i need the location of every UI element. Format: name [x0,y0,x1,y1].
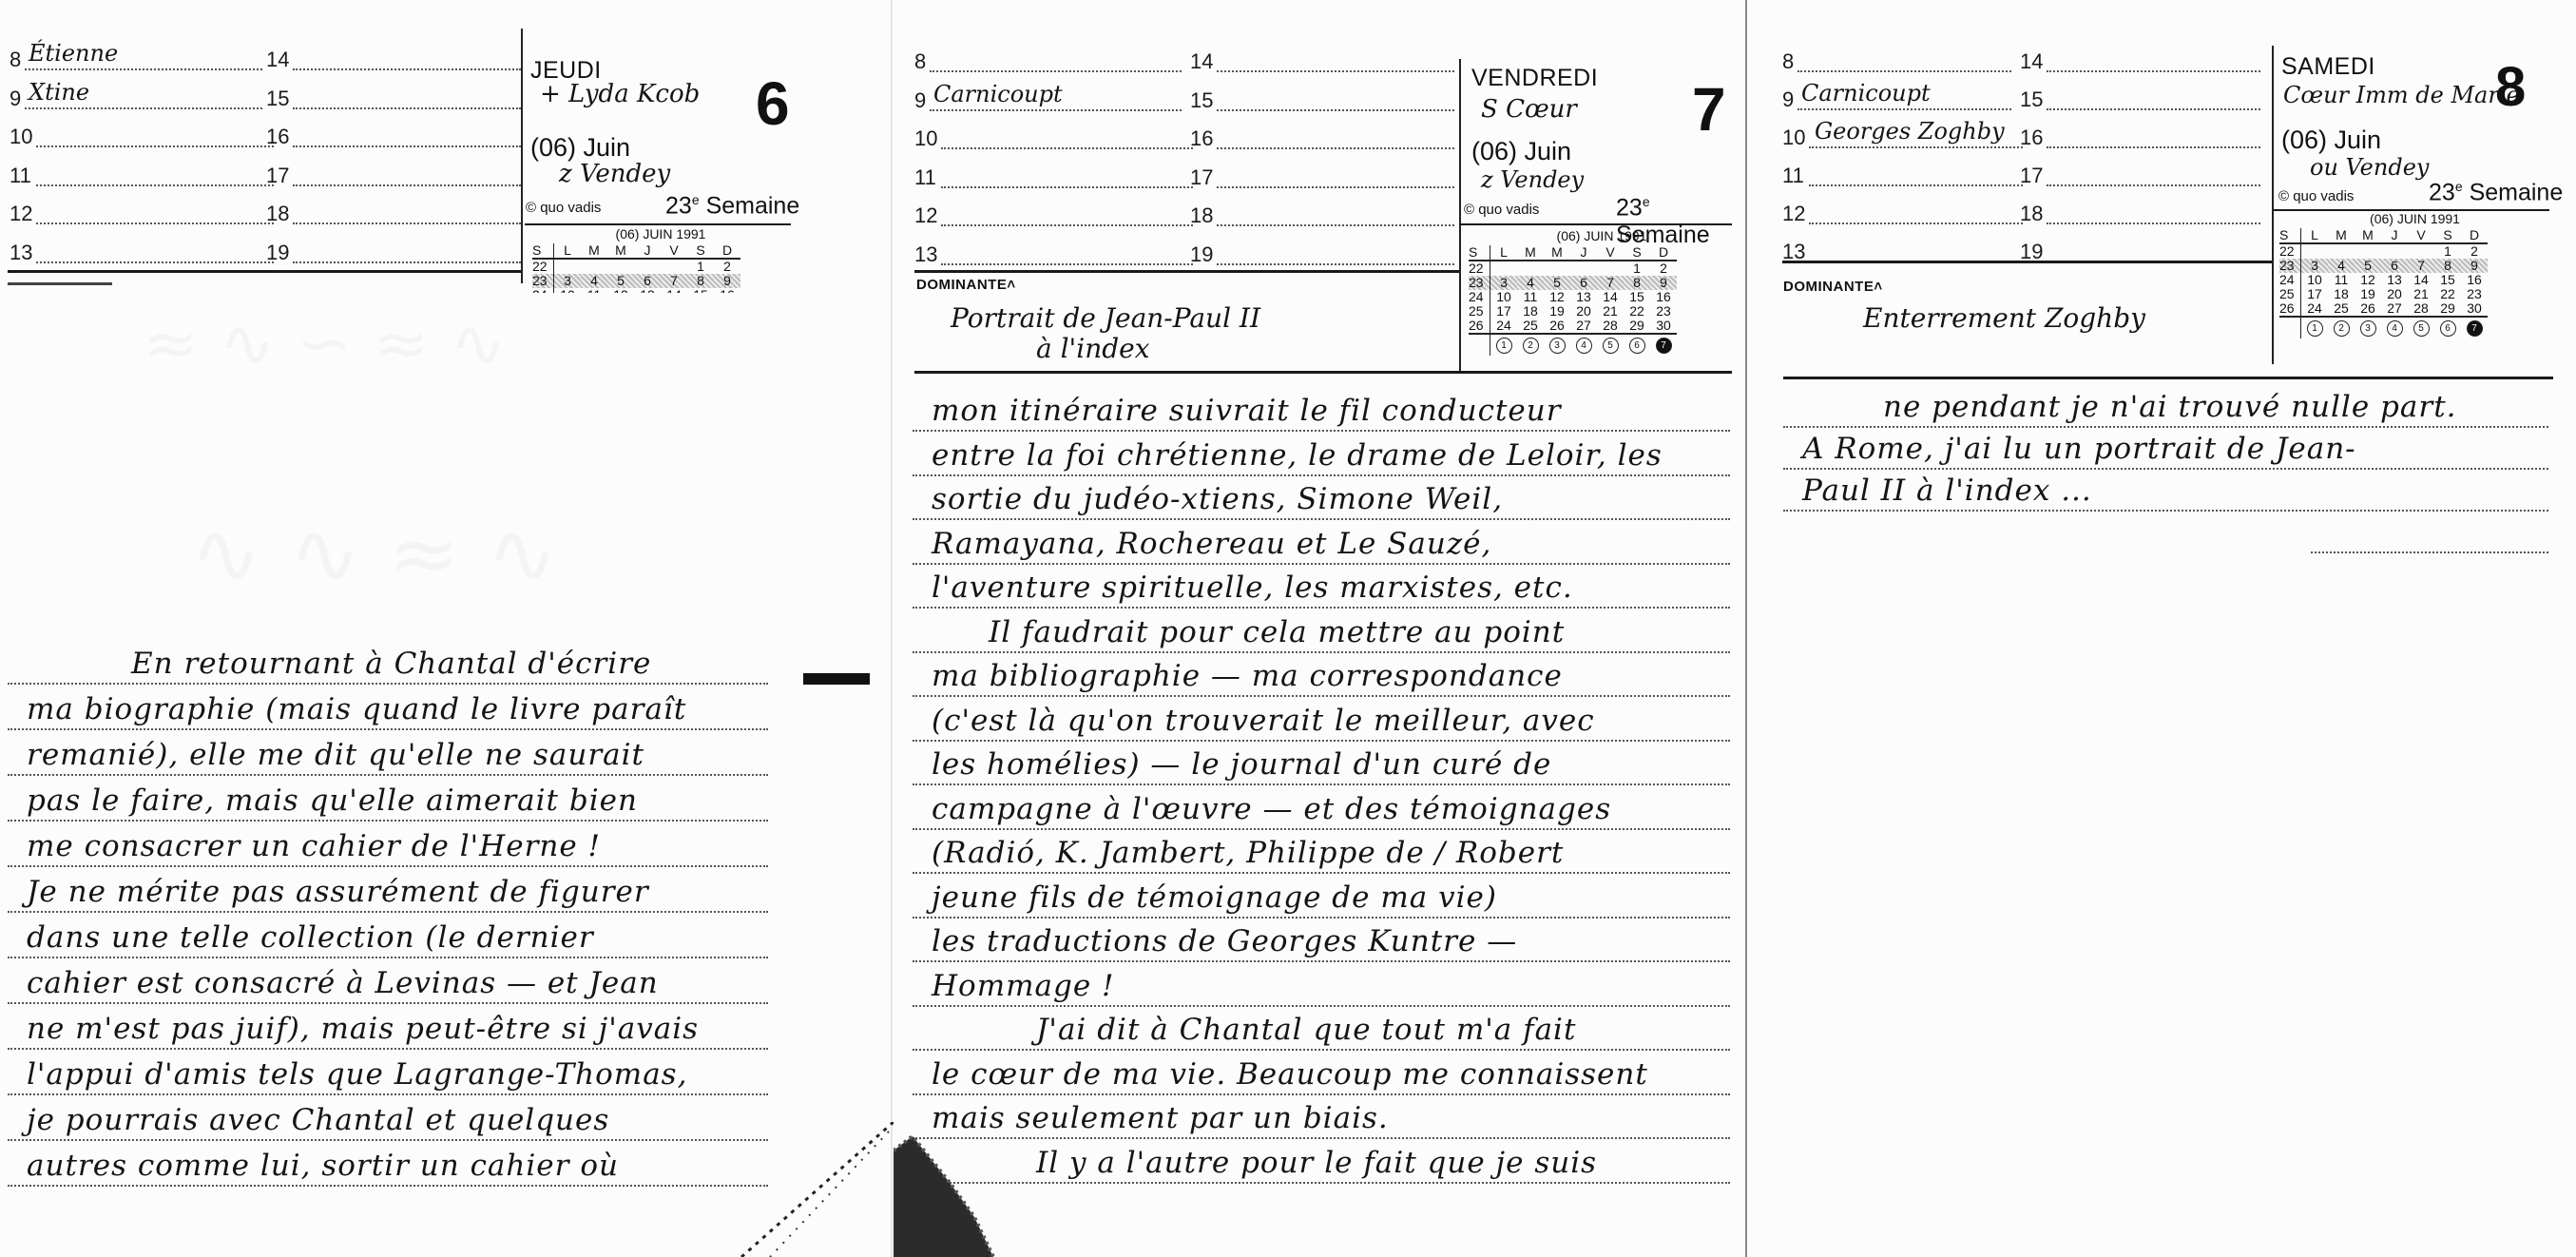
calendar-weekday: S [532,243,554,259]
weekday-circle-icon: 1 [2301,317,2329,338]
calendar-grid: SLMMJVSD22122334567892410111213141516251… [532,243,740,293]
calendar-day: 13 [1570,290,1597,304]
hour-slot[interactable] [1797,70,2011,72]
hour-label: 9 [914,88,926,113]
calendar-day: 19 [1544,304,1570,319]
calendar-week-number: 23 [532,274,554,288]
handwritten-line: entre la foi chrétienne, le drame de Lel… [932,438,1663,473]
calendar-weekday: V [2408,228,2434,243]
calendar-weekday: J [1570,245,1597,261]
handwritten-line: sortie du judéo-xtiens, Simone Weil, [932,482,1503,516]
calendar-day: 13 [634,288,661,293]
hour-label: 10 [10,125,32,149]
handwritten-line: Paul II à l'index ... [1802,474,2092,508]
handwritten-line: me consacrer un cahier de l'Herne ! [27,829,601,863]
diary-page-samedi: 89Carnicoupt10Georges Zoghby111213141516… [1749,0,2576,1257]
calendar-week-number: 26 [1469,319,1490,334]
calendar-day: 12 [2355,273,2381,287]
calendar-week-number: 25 [1469,304,1490,319]
dominante-note-2: à l'index [1036,333,1150,364]
ruled-line [913,872,1730,874]
hour-slot[interactable] [1217,147,1454,149]
hour-label: 10 [914,126,937,151]
calendar-day: 6 [2381,259,2408,273]
weekday-circle-icon: 5 [2408,317,2434,338]
hour-label: 17 [1190,165,1213,190]
ruled-line [913,1182,1730,1184]
ruled-line [913,651,1730,653]
handwritten-line: pas le faire, mais qu'elle aimerait bien [27,783,638,818]
calendar-grid: SLMMJVSD22122334567892410111213141516251… [1469,245,1677,356]
hour-slot[interactable] [1217,109,1454,111]
calendar-day: 11 [2328,273,2355,287]
torn-corner [732,1122,894,1257]
handwritten-line: ne m'est pas juif), mais peut-être si j'… [27,1012,699,1046]
grid-bottom-rule [914,270,1459,273]
month-label: (06) Juin [2281,126,2381,155]
calendar-day [661,259,687,274]
calendar-day: 5 [2355,259,2381,273]
header-divider [521,29,523,283]
weekday-circle-icon: 6 [1624,334,1650,356]
bleed-through: ≈ ∿ ∽ ≈ ∿ [143,304,506,382]
hour-slot[interactable] [293,68,521,70]
hour-label: 18 [266,202,289,226]
mini-calendar: (06) JUIN 1991SLMMJVSD221223345678924101… [532,226,789,293]
day-name: VENDREDI [1471,65,1598,92]
grid-bottom-rule [1782,261,2272,263]
hour-label: 10 [1782,126,1805,150]
weekday-circle-icon: 4 [1570,334,1597,356]
calendar-grid: SLMMJVSD22122334567892410111213141516251… [2279,228,2488,338]
calendar-day: 4 [1517,276,1544,290]
calendar-day: 27 [1570,319,1597,334]
calendar-day: 29 [1624,319,1650,334]
calendar-week-number: 22 [532,259,554,274]
calendar-title: (06) JUIN 1991 [1469,228,1735,243]
hour-slot[interactable] [941,224,1193,226]
hour-label: 16 [266,125,289,149]
calendar-day: 3 [554,274,582,288]
hour-label: 17 [266,164,289,188]
calendar-day: 7 [2408,259,2434,273]
handwritten-line: En retournant à Chantal d'écrire [131,647,651,681]
publisher-mark: © quo vadis [1464,202,1539,218]
calendar-weekday: S [2434,228,2461,243]
weekday-circle-icon: 2 [2328,317,2355,338]
hour-slot[interactable] [1217,263,1454,265]
calendar-weekday: M [607,243,634,259]
calendar-week-number: 24 [532,288,554,293]
handwritten-line: ma biographie (mais quand le livre paraî… [27,692,686,726]
calendar-day: 2 [2461,243,2488,259]
calendar-title: (06) JUIN 1991 [2279,211,2550,226]
hour-note: Carnicoupt [1801,80,1931,106]
calendar-day: 14 [1597,290,1624,304]
hour-slot[interactable] [25,68,262,70]
weekday-circle-icon: 6 [2434,317,2461,338]
calendar-day: 1 [2434,243,2461,259]
hour-label: 12 [914,203,937,228]
calendar-day [581,259,607,274]
hour-slot[interactable] [2047,146,2260,148]
ruled-line [8,1185,768,1187]
hour-slot[interactable] [293,107,521,109]
calendar-day: 17 [2301,287,2329,301]
calendar-weekday: S [2279,228,2301,243]
calendar-day: 15 [1624,290,1650,304]
mini-calendar: (06) JUIN 1991SLMMJVSD221223345678924101… [2279,211,2550,354]
hour-note: Xtine [29,79,89,106]
calendar-weekday: S [687,243,714,259]
header-note-2: z Vendey [559,160,670,188]
calendar-weekday: M [1544,245,1570,261]
hour-label: 14 [266,48,289,72]
hour-slot[interactable] [930,109,1182,111]
calendar-day: 15 [2434,273,2461,287]
calendar-day: 26 [1544,319,1570,334]
hour-slot[interactable] [2047,222,2260,224]
calendar-weekday: S [1469,245,1490,261]
calendar-day [1570,261,1597,276]
handwritten-line: (Radió, K. Jambert, Philippe de / Robert [932,836,1564,870]
header-rule [1461,223,1732,225]
handwritten-line: Je ne mérite pas assurément de figurer [27,875,649,909]
scan-shadow [894,1131,998,1257]
hour-slot[interactable] [36,145,274,147]
calendar-day: 22 [2434,287,2461,301]
hour-slot[interactable] [1809,222,2023,224]
calendar-weekday: D [2461,228,2488,243]
day-number: 7 [1692,74,1726,145]
calendar-day: 11 [581,288,607,293]
calendar-day: 2 [714,259,740,274]
day-number: 8 [2495,55,2526,119]
hour-label: 18 [1190,203,1213,228]
hour-slot[interactable] [36,222,274,224]
hour-label: 11 [914,165,936,190]
hour-label: 17 [2020,164,2043,188]
handwritten-line: remanié), elle me dit qu'elle ne saurait [27,738,644,772]
calendar-day: 7 [1597,276,1624,290]
week-label: 23e Semaine [2429,179,2563,206]
weekday-circle-icon: 7 [2461,317,2488,338]
ruled-line [913,960,1730,962]
calendar-day: 20 [1570,304,1597,319]
calendar-weekday: L [1490,245,1518,261]
calendar-week-number: 23 [1469,276,1490,290]
calendar-day: 18 [2328,287,2355,301]
ruled-line [8,1048,768,1050]
calendar-day: 7 [661,274,687,288]
ruled-line [913,563,1730,565]
calendar-weekday: M [2355,228,2381,243]
calendar-weekday: M [1517,245,1544,261]
hour-label: 8 [914,49,926,74]
handwritten-line: Il faudrait pour cela mettre au point [989,615,1565,649]
ruled-line [913,1093,1730,1095]
hour-slot[interactable] [2047,108,2260,110]
header-note: + Lyda Kcob [540,80,700,108]
publisher-mark: © quo vadis [2278,188,2354,204]
calendar-day: 2 [1650,261,1677,276]
calendar-day: 17 [1490,304,1518,319]
ruled-line [1783,510,2548,512]
week-label: 23e Semaine [665,192,799,220]
ruled-line [913,1049,1730,1051]
hour-slot[interactable] [1217,70,1454,72]
hour-slot[interactable] [941,263,1193,265]
header-note: S Cœur [1481,95,1577,124]
ruled-line [8,1093,768,1095]
calendar-week-number: 22 [1469,261,1490,276]
calendar-title: (06) JUIN 1991 [532,226,789,242]
hour-slot[interactable] [36,261,274,263]
calendar-day: 16 [1650,290,1677,304]
hour-slot[interactable] [941,147,1193,149]
handwritten-line: autres comme lui, sortir un cahier où [27,1149,619,1183]
calendar-weekday: V [1597,245,1624,261]
ruled-line [2311,551,2548,553]
handwritten-line: jeune fils de témoignage de ma vie) [932,880,1497,915]
calendar-day: 29 [2434,301,2461,317]
header-divider [2272,46,2274,364]
hour-label: 9 [1782,87,1794,112]
calendar-day [554,259,582,274]
calendar-day: 21 [2408,287,2434,301]
header-note: Cœur Imm de Marie [2283,82,2520,108]
handwritten-line: je pourrais avec Chantal et quelques [27,1103,609,1137]
hour-slot[interactable] [293,184,521,186]
ruled-line [913,430,1730,432]
calendar-week-number: 22 [2279,243,2301,259]
hour-label: 16 [1190,126,1213,151]
diary-page-jeudi: 8Étienne9Xtine10111213141516171819 JEUDI… [0,0,889,1257]
weekday-circle-icon: 4 [2381,317,2408,338]
calendar-day: 16 [714,288,740,293]
weekday-circle-icon: 1 [1490,334,1518,356]
hour-slot[interactable] [1809,184,2023,186]
hour-slot[interactable] [36,184,274,186]
calendar-weekday: J [2381,228,2408,243]
calendar-day [1490,261,1518,276]
calendar-day: 9 [2461,259,2488,273]
handwritten-line: les homélies) — le journal d'un curé de [932,747,1551,782]
dominante-stub [8,282,112,285]
calendar-day: 24 [1490,319,1518,334]
hour-label: 15 [1190,88,1213,113]
ruled-line [913,474,1730,476]
calendar-day: 3 [1490,276,1518,290]
bleed-through: ∿ ∿ ≈ ∿ [190,504,558,604]
header-note-2: ou Vendey [2310,154,2429,181]
header-note-2: z Vendey [1481,166,1584,193]
grid-bottom-rule [8,270,521,273]
handwritten-line: A Rome, j'ai lu un portrait de Jean- [1802,432,2356,466]
calendar-day: 9 [714,274,740,288]
ruled-line [8,728,768,730]
handwritten-line: l'aventure spirituelle, les marxistes, e… [932,570,1573,605]
ruled-line [8,774,768,776]
calendar-day [1597,261,1624,276]
calendar-day: 14 [661,288,687,293]
calendar-day: 1 [687,259,714,274]
calendar-week-number: 26 [2279,301,2301,317]
calendar-day [2408,243,2434,259]
hour-label: 8 [1782,49,1794,74]
hour-label: 19 [266,241,289,265]
hour-label: 12 [1782,202,1805,226]
handwritten-line: Il y a l'autre pour le fait que je suis [1036,1146,1597,1180]
calendar-day: 24 [2301,301,2329,317]
ruled-line [913,828,1730,830]
calendar-day: 5 [1544,276,1570,290]
calendar-day [2355,243,2381,259]
calendar-day: 30 [1650,319,1677,334]
hour-label: 11 [10,164,31,188]
calendar-day: 8 [687,274,714,288]
calendar-day: 27 [2381,301,2408,317]
header-rule [525,223,791,225]
hour-label: 18 [2020,202,2043,226]
calendar-weekday: M [2328,228,2355,243]
calendar-weekday: J [634,243,661,259]
ruled-line [8,1139,768,1141]
dominante-note: Portrait de Jean-Paul II [951,302,1260,334]
calendar-day [2328,243,2355,259]
hour-slot[interactable] [1809,146,2023,148]
calendar-day: 21 [1597,304,1624,319]
header-divider [1459,59,1461,373]
handwritten-line: Ramayana, Rochereau et Le Sauzé, [932,527,1491,561]
weekday-circle-icon: 7 [1650,334,1677,356]
ruled-line [8,820,768,822]
hour-slot[interactable] [25,107,262,109]
calendar-day: 12 [1544,290,1570,304]
hour-slot[interactable] [2047,184,2260,186]
ruled-line [913,1005,1730,1007]
ruled-line [913,695,1730,697]
ruled-line [8,865,768,867]
hour-label: 9 [10,87,21,111]
hour-slot[interactable] [1217,224,1454,226]
hour-label: 14 [2020,49,2043,74]
page-gutter [891,0,893,1257]
ruled-line [913,518,1730,520]
hour-label: 15 [2020,87,2043,112]
handwritten-line: (c'est là qu'on trouverait le meilleur, … [932,704,1595,738]
hour-label: 8 [10,48,21,72]
calendar-day: 19 [2355,287,2381,301]
hour-label: 11 [1782,164,1804,188]
dominante-bottom-rule [1783,377,2553,379]
month-label: (06) Juin [530,133,630,163]
calendar-day: 6 [1570,276,1597,290]
calendar-day: 1 [1624,261,1650,276]
calendar-weekday: V [661,243,687,259]
calendar-day: 9 [1650,276,1677,290]
calendar-week-number: 24 [2279,273,2301,287]
hour-slot[interactable] [293,145,521,147]
calendar-day: 10 [2301,273,2329,287]
calendar-week-number: 23 [2279,259,2301,273]
hour-slot[interactable] [1797,108,2011,110]
hour-slot[interactable] [1217,186,1454,188]
hour-label: 13 [10,241,32,265]
ruled-line [913,740,1730,742]
hour-note: Étienne [29,40,118,67]
day-name: SAMEDI [2281,53,2375,81]
ruled-line [8,911,768,913]
calendar-day: 14 [2408,273,2434,287]
calendar-day: 4 [2328,259,2355,273]
dominante-bottom-rule [914,371,1732,374]
handwritten-line: dans une telle collection (le dernier [27,920,594,955]
weekday-circle-icon: 5 [1597,334,1624,356]
calendar-weekday: D [714,243,740,259]
calendar-day: 10 [1490,290,1518,304]
calendar-day: 6 [634,274,661,288]
handwritten-line: campagne à l'œuvre — et des témoignages [932,792,1611,826]
calendar-day: 11 [1517,290,1544,304]
calendar-day: 4 [581,274,607,288]
dominante-note: Enterrement Zoghby [1863,302,2145,334]
hour-label: 13 [914,242,937,267]
hour-slot[interactable] [930,70,1182,72]
publisher-mark: © quo vadis [526,200,601,216]
hour-slot[interactable] [941,186,1193,188]
calendar-day [1517,261,1544,276]
calendar-week-number: 25 [2279,287,2301,301]
calendar-day [1544,261,1570,276]
calendar-weekday: L [2301,228,2329,243]
ruled-line [913,783,1730,785]
ruled-line [913,917,1730,919]
ruled-line [8,1002,768,1004]
calendar-day: 12 [607,288,634,293]
calendar-day: 8 [1624,276,1650,290]
day-number: 6 [756,68,790,139]
dominante-label: DOMINANTE˄ [916,277,1016,293]
calendar-day: 18 [1517,304,1544,319]
month-label: (06) Juin [1471,137,1571,166]
calendar-day: 22 [1624,304,1650,319]
calendar-weekday: M [581,243,607,259]
mini-calendar: (06) JUIN 1991SLMMJVSD221223345678924101… [1469,228,1735,371]
handwritten-line: les traductions de Georges Kuntre — [932,924,1517,958]
handwritten-line: ma bibliographie — ma correspondance [932,659,1563,693]
calendar-day: 8 [2434,259,2461,273]
hour-slot[interactable] [293,261,521,263]
hour-slot[interactable] [2047,70,2260,72]
handwritten-line: le cœur de ma vie. Beaucoup me connaisse… [932,1057,1648,1092]
ruled-line [913,607,1730,609]
calendar-day: 10 [554,288,582,293]
calendar-day: 25 [2328,301,2355,317]
handwritten-line: mais seulement par un biais. [932,1101,1389,1135]
handwritten-line: l'appui d'amis tels que Lagrange-Thomas, [27,1057,687,1092]
calendar-day: 30 [2461,301,2488,317]
hour-label: 14 [1190,49,1213,74]
ruled-line [1783,426,2548,428]
hour-note: Georges Zoghby [1815,118,2005,145]
hour-slot[interactable] [293,222,521,224]
handwritten-line: mon itinéraire suivrait le fil conducteu… [932,394,1562,428]
calendar-day [2301,243,2329,259]
calendar-day: 23 [1650,304,1677,319]
hour-label: 15 [266,87,289,111]
weekday-circle-icon: 3 [2355,317,2381,338]
